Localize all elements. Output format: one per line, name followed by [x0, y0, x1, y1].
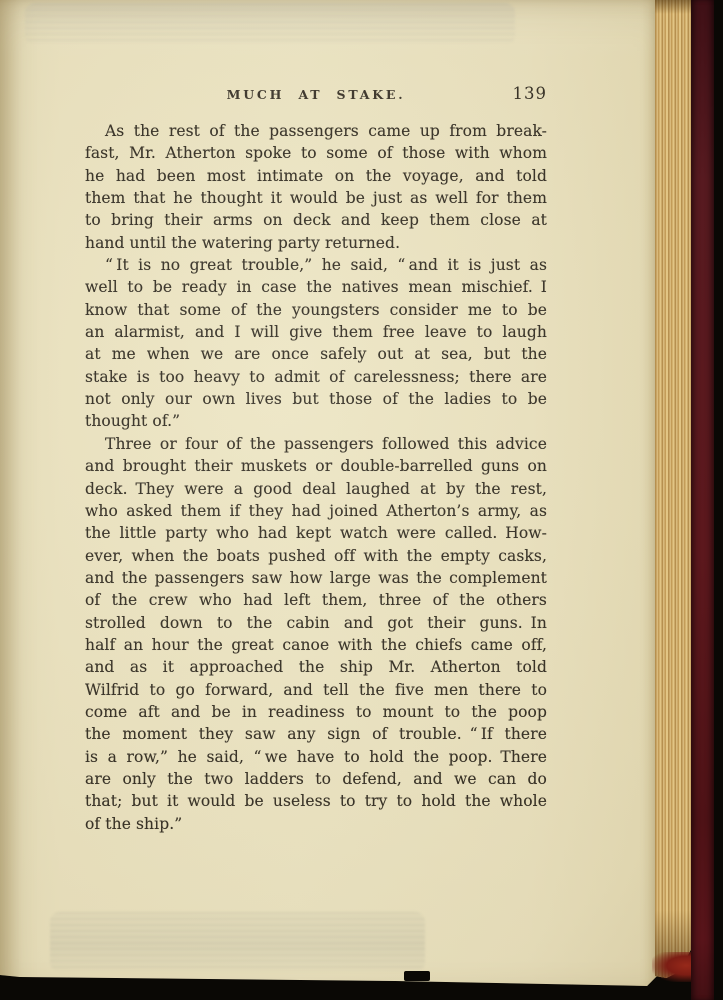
text-line: he had been most intimate on the voyage,…	[85, 165, 547, 187]
text-line: not only our own lives but those of the …	[85, 388, 547, 410]
bottom-edge-notch	[404, 971, 430, 981]
text-line: that; but it would be useless to try to …	[85, 790, 547, 812]
text-line: deck. They were a good deal laughed at b…	[85, 478, 547, 500]
text-line: the moment they saw any sign of trouble.…	[85, 723, 547, 745]
text-line: are only the two ladders to defend, and …	[85, 768, 547, 790]
text-line: and the passengers saw how large was the…	[85, 567, 547, 589]
text-line: and brought their muskets or double-barr…	[85, 455, 547, 477]
text-line: know that some of the youngsters conside…	[85, 299, 547, 321]
text-line: fast, Mr. Atherton spoke to some of thos…	[85, 142, 547, 164]
text-line: come aft and be in readiness to mount to…	[85, 701, 547, 723]
scan-smudge-bottom	[50, 912, 425, 972]
text-line: and as it approached the ship Mr. Athert…	[85, 656, 547, 678]
text-line: at me when we are once safely out at sea…	[85, 343, 547, 365]
running-head-title: MUCH AT STAKE.	[85, 87, 547, 102]
text-line: to bring their arms on deck and keep the…	[85, 209, 547, 231]
text-line: ever, when the boats pushed off with the…	[85, 545, 547, 567]
page-fore-edge	[655, 0, 693, 1000]
text-line: the little party who had kept watch were…	[85, 522, 547, 544]
text-line: hand until the watering party returned.	[85, 232, 547, 254]
text-line: of the ship.”	[85, 813, 547, 835]
page-text: As the rest of the passengers came up fr…	[85, 120, 547, 835]
text-line: Three or four of the passengers followed…	[85, 433, 547, 455]
book-scan-photo: MUCH AT STAKE. 139 As the rest of the pa…	[0, 0, 723, 1000]
text-line: Wilfrid to go forward, and tell the five…	[85, 679, 547, 701]
text-line: thought of.”	[85, 410, 547, 432]
text-line: As the rest of the passengers came up fr…	[85, 120, 547, 142]
text-line: well to be ready in case the natives mea…	[85, 276, 547, 298]
text-line: who asked them if they had joined Athert…	[85, 500, 547, 522]
running-head: MUCH AT STAKE. 139	[85, 87, 547, 107]
text-line: of the crew who had left them, three of …	[85, 589, 547, 611]
book-cover-spine	[691, 0, 714, 1000]
text-line: an alarmist, and I will give them free l…	[85, 321, 547, 343]
text-line: is a row,” he said, “ we have to hold th…	[85, 746, 547, 768]
page-number: 139	[513, 84, 548, 103]
text-line: stake is too heavy to admit of carelessn…	[85, 366, 547, 388]
text-line: half an hour the great canoe with the ch…	[85, 634, 547, 656]
text-line: “ It is no great trouble,” he said, “ an…	[85, 254, 547, 276]
text-line: them that he thought it would be just as…	[85, 187, 547, 209]
text-line: strolled down to the cabin and got their…	[85, 612, 547, 634]
book-page: MUCH AT STAKE. 139 As the rest of the pa…	[0, 0, 659, 1000]
scan-smudge-top	[25, 3, 515, 45]
